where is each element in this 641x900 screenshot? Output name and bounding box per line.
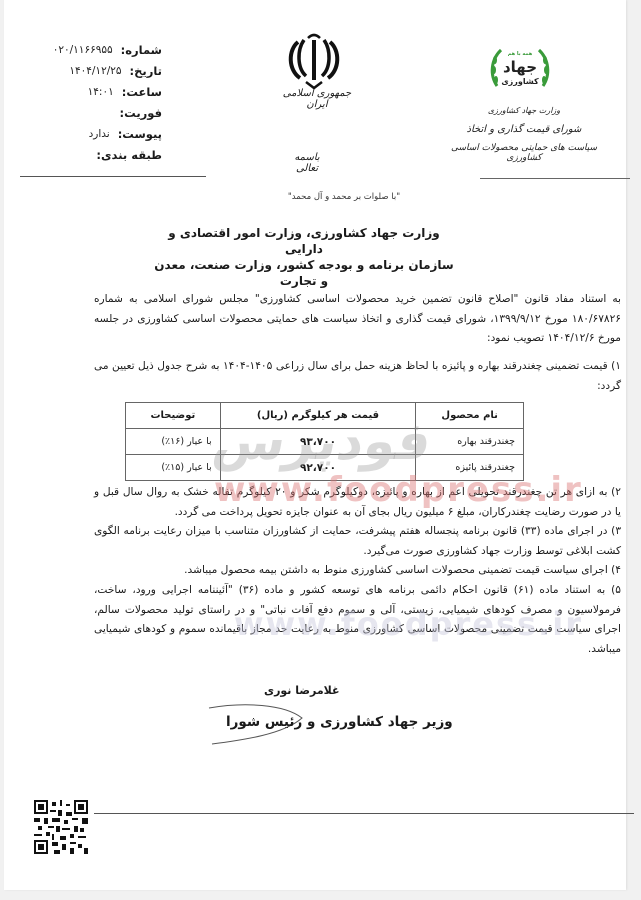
svg-text:کشاورزی: کشاورزی [501, 77, 539, 86]
meta-label: طبقه بندی: [96, 145, 162, 166]
price-table: نام محصول قیمت هر کیلوگرم (ریال) توضیحات… [125, 402, 524, 481]
table-row: چغندرقند بهاره ۹۳،۷۰۰ با عیار (۱۶٪) [126, 429, 524, 455]
item-2: ۲) به ازای هر تن چغندرقند تحویلی اعم از … [94, 483, 621, 522]
meta-classification: طبقه بندی: [32, 145, 162, 166]
intro-paragraph: به استناد مفاد قانون "اصلاح قانون تضمین … [94, 290, 621, 349]
signatory-title: وزیر جهاد کشاورزی و رئیس شورا [226, 714, 453, 730]
meta-value: ۱۴:۰۱ [88, 82, 114, 103]
org-line-policy: سیاست های حمایتی محصولات اساسی کشاورزی [449, 143, 599, 163]
cell-product: چغندرقند بهاره [416, 429, 524, 455]
iran-emblem-icon [284, 32, 344, 90]
footer-divider [94, 813, 634, 814]
meta-value: ۱۴۰۴/۱۲/۲۵ [69, 61, 121, 82]
document-page: شماره: ۰۲۰/۱۱۶۶۹۵۵ تاریخ: ۱۴۰۴/۱۲/۲۵ ساع… [4, 0, 626, 890]
svg-text:همه با هم: همه با هم [508, 51, 533, 57]
signatory-name: غلامرضا نوری [264, 684, 340, 697]
item-1: ۱) قیمت تضمینی چغندرقند بهاره و پائیزه ب… [94, 357, 621, 396]
svg-text:جهاد: جهاد [503, 58, 537, 76]
meta-divider [20, 176, 206, 177]
addressee-block: وزارت جهاد کشاورزی، وزارت امور اقتصادی و… [154, 225, 454, 289]
meta-label: ساعت: [122, 82, 162, 103]
jahad-keshavarzi-logo-icon: همه با هم جهاد کشاورزی [487, 38, 553, 104]
meta-attachment: پیوست: ندارد [32, 124, 162, 145]
org-line-council: شورای قیمت گذاری و اتخاذ [449, 124, 599, 135]
org-line-ministry: وزارت جهاد کشاورزی [449, 106, 599, 115]
cell-notes: با عیار (۱۶٪) [126, 429, 221, 455]
meta-value: ندارد [89, 124, 110, 145]
meta-number: شماره: ۰۲۰/۱۱۶۶۹۵۵ [32, 40, 162, 61]
header-notes: توضیحات [126, 403, 221, 429]
addressee-line-1: وزارت جهاد کشاورزی، وزارت امور اقتصادی و… [154, 225, 454, 257]
bismillah: باسمه تعالی [287, 152, 327, 174]
meta-urgency: فوریت: [32, 103, 162, 124]
table-row: چغندرقند پائیزه ۹۲،۷۰۰ با عیار (۱۵٪) [126, 455, 524, 481]
cell-price: ۹۲،۷۰۰ [220, 455, 416, 481]
header-price: قیمت هر کیلوگرم (ریال) [220, 403, 416, 429]
salawat-line: "با صلوات بر محمد و آل محمد" [244, 192, 444, 202]
item-5: ۵) به استناد ماده (۶۱) قانون احکام دائمی… [94, 581, 621, 659]
meta-label: پیوست: [118, 124, 162, 145]
header-product: نام محصول [416, 403, 524, 429]
cell-price: ۹۳،۷۰۰ [220, 429, 416, 455]
cell-product: چغندرقند پائیزه [416, 455, 524, 481]
meta-value: ۰۲۰/۱۱۶۶۹۵۵ [53, 40, 113, 61]
emblem-caption: جمهوری اسلامی ایران [272, 88, 362, 110]
header-divider [480, 178, 630, 179]
item-4: ۴) اجرای سیاست قیمت تضمینی محصولات اساسی… [94, 561, 621, 581]
meta-label: شماره: [121, 40, 162, 61]
cell-notes: با عیار (۱۵٪) [126, 455, 221, 481]
table-header-row: نام محصول قیمت هر کیلوگرم (ریال) توضیحات [126, 403, 524, 429]
item-3: ۳) در اجرای ماده (۳۳) قانون برنامه پنجسا… [94, 522, 621, 561]
meta-time: ساعت: ۱۴:۰۱ [32, 82, 162, 103]
addressee-line-2: سازمان برنامه و بودجه کشور، وزارت صنعت، … [154, 257, 454, 289]
letter-meta: شماره: ۰۲۰/۱۱۶۶۹۵۵ تاریخ: ۱۴۰۴/۱۲/۲۵ ساع… [32, 40, 162, 166]
qr-code-icon [34, 800, 88, 854]
meta-label: تاریخ: [130, 61, 162, 82]
meta-label: فوریت: [120, 103, 162, 124]
meta-date: تاریخ: ۱۴۰۴/۱۲/۲۵ [32, 61, 162, 82]
